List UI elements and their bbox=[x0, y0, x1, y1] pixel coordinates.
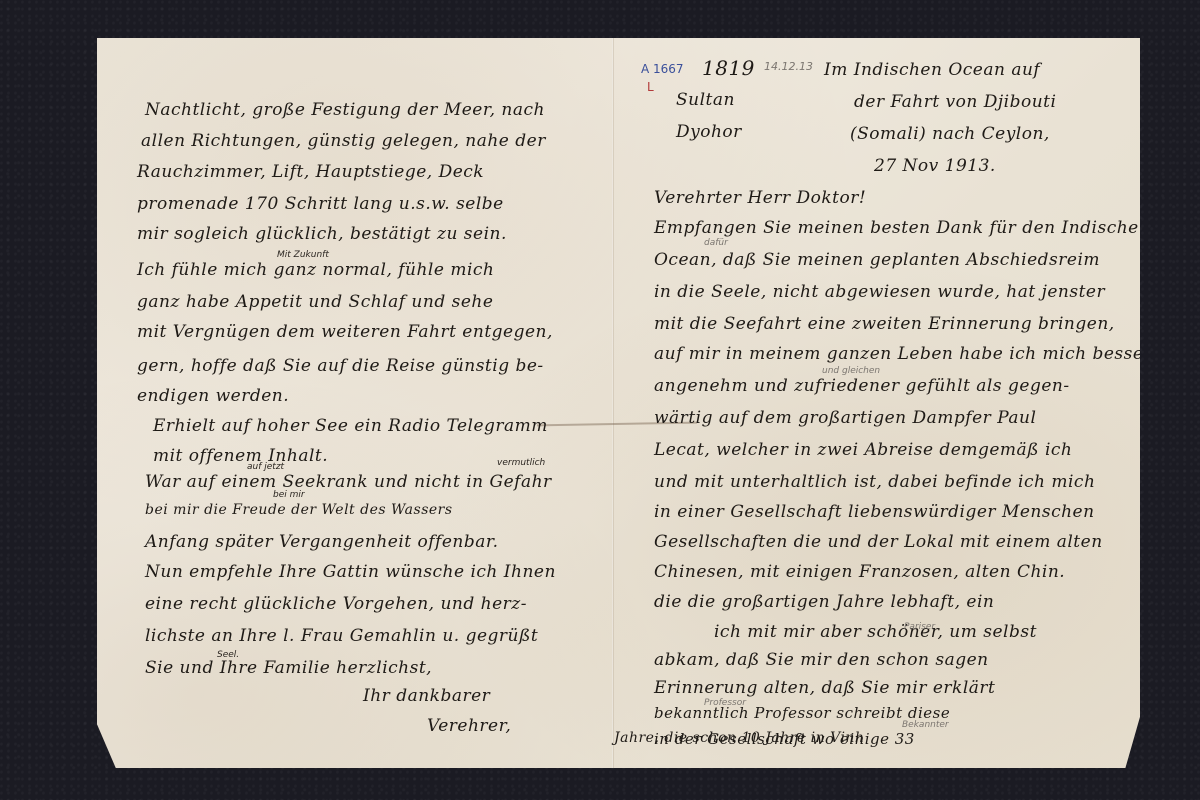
right-line-2: Ocean, daß Sie meinen geplanten Abschied… bbox=[654, 250, 1100, 270]
heading-line-1: Im Indischen Ocean auf bbox=[824, 60, 1040, 80]
left-page: Nachtlicht, große Festigung der Meer, na… bbox=[97, 38, 612, 768]
left-line-13: War auf einem Seekrank und nicht in Gefa… bbox=[145, 472, 552, 492]
pencil-date: 14.12.13 bbox=[764, 60, 813, 73]
left-line-15: Anfang später Vergangenheit offenbar. bbox=[145, 532, 499, 552]
heading-date: 27 Nov 1913. bbox=[874, 156, 996, 176]
pencil-note: dafür bbox=[704, 238, 728, 248]
right-line-5: auf mir in meinem ganzen Leben habe ich … bbox=[654, 344, 1156, 364]
left-line-1: Nachtlicht, große Festigung der Meer, na… bbox=[145, 100, 545, 120]
left-line-8: mit Vergnügen dem weiteren Fahrt entgege… bbox=[137, 322, 553, 342]
right-line-19: Jahre, die schon 10 Jahre in Vinh bbox=[614, 730, 864, 746]
left-line-16: Nun empfehle Ihre Gattin wünsche ich Ihn… bbox=[145, 562, 556, 582]
right-line-3: in die Seele, nicht abgewiesen wurde, ha… bbox=[654, 282, 1105, 302]
left-line-14: bei mir die Freude der Welt des Wassers bbox=[145, 502, 453, 518]
left-line-6: Ich fühle mich ganz normal, fühle mich bbox=[137, 260, 494, 280]
pencil-note: und gleichen bbox=[822, 366, 880, 376]
right-line-8: Lecat, welcher in zwei Abreise demgemäß … bbox=[654, 440, 1072, 460]
left-line-12: mit offenem Inhalt. bbox=[153, 446, 328, 466]
side-note-2: Dyohor bbox=[676, 122, 742, 142]
year-mark: 1819 bbox=[702, 56, 755, 80]
left-line-17: eine recht glückliche Vorgehen, und herz… bbox=[145, 594, 527, 614]
right-line-15: abkam, daß Sie mir den schon sagen bbox=[654, 650, 989, 670]
left-line-4: promenade 170 Schritt lang u.s.w. selbe bbox=[137, 194, 504, 214]
letter-sheet: Nachtlicht, große Festigung der Meer, na… bbox=[97, 38, 1140, 768]
right-line-1: Empfangen Sie meinen besten Dank für den… bbox=[654, 218, 1150, 238]
left-line-9: gern, hoffe daß Sie auf die Reise günsti… bbox=[137, 356, 544, 376]
side-note-1: Sultan bbox=[676, 90, 735, 110]
closing: Ihr dankbarer bbox=[363, 686, 490, 706]
pencil-note: Pariser bbox=[904, 622, 935, 632]
right-page: A 1667 L 1819 14.12.13 Sultan Dyohor Im … bbox=[614, 38, 1140, 768]
right-line-6: angenehm und zufriedener gefühlt als geg… bbox=[654, 376, 1070, 396]
heading-line-2: der Fahrt von Djibouti bbox=[854, 92, 1056, 112]
right-line-11: Gesellschaften die und der Lokal mit ein… bbox=[654, 532, 1103, 552]
interlinear-note: Mit Zukunft bbox=[277, 250, 329, 260]
right-line-9: und mit unterhaltlich ist, dabei befinde… bbox=[654, 472, 1095, 492]
archive-letter-mark: L bbox=[647, 80, 654, 94]
right-line-7: wärtig auf dem großartigen Dampfer Paul bbox=[654, 408, 1036, 428]
right-line-14: ich mit mir aber schöner, um selbst bbox=[714, 622, 1037, 642]
right-line-16: Erinnerung alten, daß Sie mir erklärt bbox=[654, 678, 995, 698]
interlinear-note: bei mir bbox=[273, 490, 305, 500]
left-line-10: endigen werden. bbox=[137, 386, 289, 406]
left-line-2: allen Richtungen, günstig gelegen, nahe … bbox=[141, 131, 546, 151]
pencil-note: Bekannter bbox=[902, 720, 949, 730]
interlinear-note: vermutlich bbox=[497, 458, 545, 468]
salutation: Verehrter Herr Doktor! bbox=[654, 188, 866, 208]
left-line-18: lichste an Ihre l. Frau Gemahlin u. gegr… bbox=[145, 626, 538, 646]
right-line-4: mit die Seefahrt eine zweiten Erinnerung… bbox=[654, 314, 1115, 334]
right-line-13: die die großartigen Jahre lebhaft, ein bbox=[654, 592, 994, 612]
right-line-12: Chinesen, mit einigen Franzosen, alten C… bbox=[654, 562, 1065, 582]
left-line-5: mir sogleich glücklich, bestätigt zu sei… bbox=[137, 224, 507, 244]
right-line-10: in einer Gesellschaft liebenswürdiger Me… bbox=[654, 502, 1095, 522]
signature: Verehrer, bbox=[427, 716, 511, 736]
interlinear-note: auf jetzt bbox=[247, 462, 284, 472]
archive-signature: A 1667 bbox=[641, 62, 684, 76]
left-line-7: ganz habe Appetit und Schlaf und sehe bbox=[137, 292, 493, 312]
left-line-3: Rauchzimmer, Lift, Hauptstiege, Deck bbox=[137, 162, 484, 182]
left-line-11: Erhielt auf hoher See ein Radio Telegram… bbox=[153, 416, 548, 436]
left-line-19: Sie und Ihre Familie herzlichst, bbox=[145, 658, 432, 678]
heading-line-3: (Somali) nach Ceylon, bbox=[850, 124, 1050, 144]
